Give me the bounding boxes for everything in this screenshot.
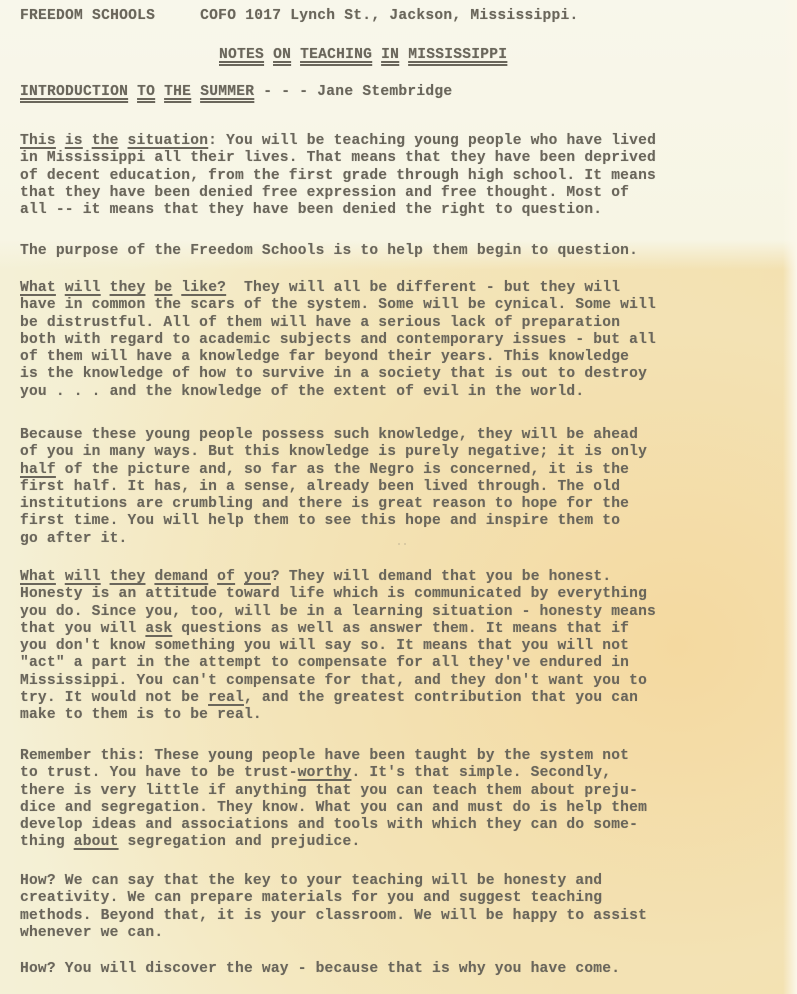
paragraph-purpose: The purpose of the Freedom Schools is to… — [20, 243, 638, 260]
paragraph-how: How? We can say that the key to your tea… — [20, 873, 647, 942]
stray-mark: ˙˙ — [396, 544, 408, 555]
section-heading: INTRODUCTION TO THE SUMMER - - - Jane St… — [20, 84, 452, 101]
paragraph-knowledge: Because these young people possess such … — [20, 427, 647, 548]
typewritten-page: FREEDOM SCHOOLS COFO 1017 Lynch St., Jac… — [0, 0, 797, 994]
paragraph-what-will-they-be-like: What will they be like? They will all be… — [20, 280, 656, 401]
paragraph-remember-this: Remember this: These young people have b… — [20, 748, 647, 852]
paragraph-what-will-they-demand: What will they demand of you? They will … — [20, 569, 656, 725]
address: COFO 1017 Lynch St., Jackson, Mississipp… — [200, 8, 578, 24]
paragraph-situation: This is the situation: You will be teach… — [20, 133, 656, 219]
letterhead: FREEDOM SCHOOLS COFO 1017 Lynch St., Jac… — [20, 8, 579, 25]
org-name: FREEDOM SCHOOLS — [20, 8, 155, 24]
byline: - - - Jane Stembridge — [263, 84, 452, 100]
document-title: NOTES ON TEACHING IN MISSISSIPPI — [219, 47, 507, 64]
paragraph-closing: How? You will discover the way - because… — [20, 961, 620, 978]
